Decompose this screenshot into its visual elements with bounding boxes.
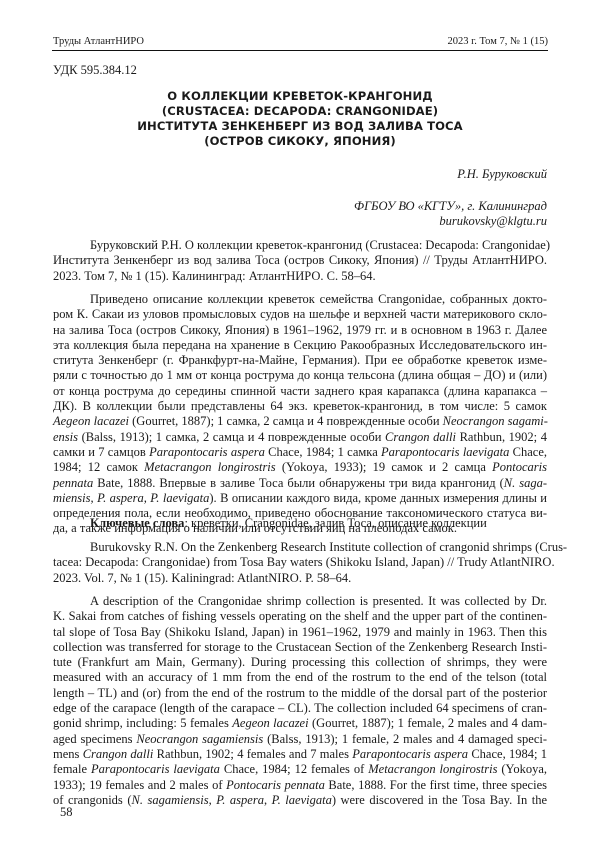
keywords: Ключевые слова: креветки, Crangonidae, з… (53, 516, 547, 531)
text-line: Приведено описание коллекции креветок се… (53, 292, 547, 307)
text-line: tacea: Decapoda: Crangonidae) from Tosa … (53, 555, 547, 570)
text-line: K. Sakai from catches of fishing vessels… (53, 609, 547, 624)
text-line: ДК). В коллекции были представлены 64 эк… (53, 399, 547, 414)
text-line: ром К. Сакаи из уловов промысловых судов… (53, 307, 547, 322)
title-line: (CRUSTACEA: DECAPODA: CRANGONIDAE) (52, 104, 548, 119)
text-line: miensis, P. aspera, P. laevigata). В опи… (53, 491, 547, 506)
citation-en: Burukovsky R.N. On the Zenkenberg Resear… (53, 540, 547, 586)
text-line: length – TL) and (or) from the end of th… (53, 686, 547, 701)
text-line: 2023. Том 7, № 1 (15). Калининград: Атла… (53, 269, 547, 284)
text-line: от конца рострума до середины спинной ча… (53, 384, 547, 399)
text-line: Буруковский Р.Н. О коллекции креветок-кр… (53, 238, 547, 253)
udk-code: УДК 595.384.12 (53, 63, 137, 78)
text-line: самки и 7 самцов Parapontocaris aspera C… (53, 445, 547, 460)
page-number: 58 (60, 805, 73, 820)
header-rule (52, 50, 548, 51)
text-line: A description of the Crangonidae shrimp … (53, 594, 547, 609)
abstract-en: A description of the Crangonidae shrimp … (53, 594, 547, 808)
text-line: of crangonids (N. sagamiensis, P. aspera… (53, 793, 547, 808)
keywords-label: Ключевые слова (90, 516, 184, 530)
keywords-text: : креветки, Crangonidae, залив Тоса, опи… (184, 516, 486, 530)
citation-ru: Буруковский Р.Н. О коллекции креветок-кр… (53, 238, 547, 284)
text-line: pennata Bate, 1888. Впервые в заливе Тос… (53, 476, 547, 491)
text-line: 1984; 12 самок Metacrangon longirostris … (53, 460, 547, 475)
text-line: 1933); 19 females and 2 males of Pontoca… (53, 778, 547, 793)
text-line: tal slope of Tosa Bay (Shikoku Island, J… (53, 625, 547, 640)
text-line: Aegeon lacazei (Gourret, 1887); 1 самка,… (53, 414, 547, 429)
text-line: measured with an accuracy of 1 mm from t… (53, 670, 547, 685)
text-line: Burukovsky R.N. On the Zenkenberg Resear… (53, 540, 547, 555)
title-line: (ОСТРОВ СИКОКУ, ЯПОНИЯ) (52, 134, 548, 149)
article-title: О КОЛЛЕКЦИИ КРЕВЕТОК-КРАНГОНИД (CRUSTACE… (52, 89, 548, 149)
author-affiliation: ФГБОУ ВО «КГТУ», г. Калининград burukovs… (354, 199, 547, 229)
text-line: collection was transferred for storage t… (53, 640, 547, 655)
abstract-ru: Приведено описание коллекции креветок се… (53, 292, 547, 537)
text-line: ряли с точностью до 1 мм от конца ростру… (53, 368, 547, 383)
keywords-line: Ключевые слова: креветки, Crangonidae, з… (53, 516, 547, 531)
text-line: эта коллекция была передана на хранение … (53, 338, 547, 353)
affiliation-text: ФГБОУ ВО «КГТУ», г. Калининград (354, 199, 547, 214)
text-line: ститута Зенкенберг (г. Франкфурт-на-Майн… (53, 353, 547, 368)
text-line: gonid shrimp, including: 5 females Aegeo… (53, 716, 547, 731)
text-line: tute (Frankfurt am Main, Germany). Durin… (53, 655, 547, 670)
text-line: female Parapontocaris laevigata Chace, 1… (53, 762, 547, 777)
running-header-issue: 2023 г. Том 7, № 1 (15) (448, 36, 548, 47)
running-header-journal: Труды АтлантНИРО (53, 36, 144, 47)
text-line: mens Crangon dalli Rathbun, 1902; 4 fema… (53, 747, 547, 762)
text-line: aged specimens Neocrangon sagamiensis (B… (53, 732, 547, 747)
author-name: Р.Н. Буруковский (457, 167, 547, 182)
title-line: О КОЛЛЕКЦИИ КРЕВЕТОК-КРАНГОНИД (52, 89, 548, 104)
text-line: edge of the carapace (length of the cara… (53, 701, 547, 716)
author-email[interactable]: burukovsky@klgtu.ru (354, 214, 547, 229)
title-line: ИНСТИТУТА ЗЕНКЕНБЕРГ ИЗ ВОД ЗАЛИВА ТОСА (52, 119, 548, 134)
text-line: Института Зенкенберг из вод залива Тоса … (53, 253, 547, 268)
text-line: на залива Тоса (остров Сикоку, Япония) в… (53, 323, 547, 338)
text-line: 2023. Vol. 7, № 1 (15). Kaliningrad: Atl… (53, 571, 547, 586)
text-line: ensis (Balss, 1913); 1 самка, 2 самца и … (53, 430, 547, 445)
